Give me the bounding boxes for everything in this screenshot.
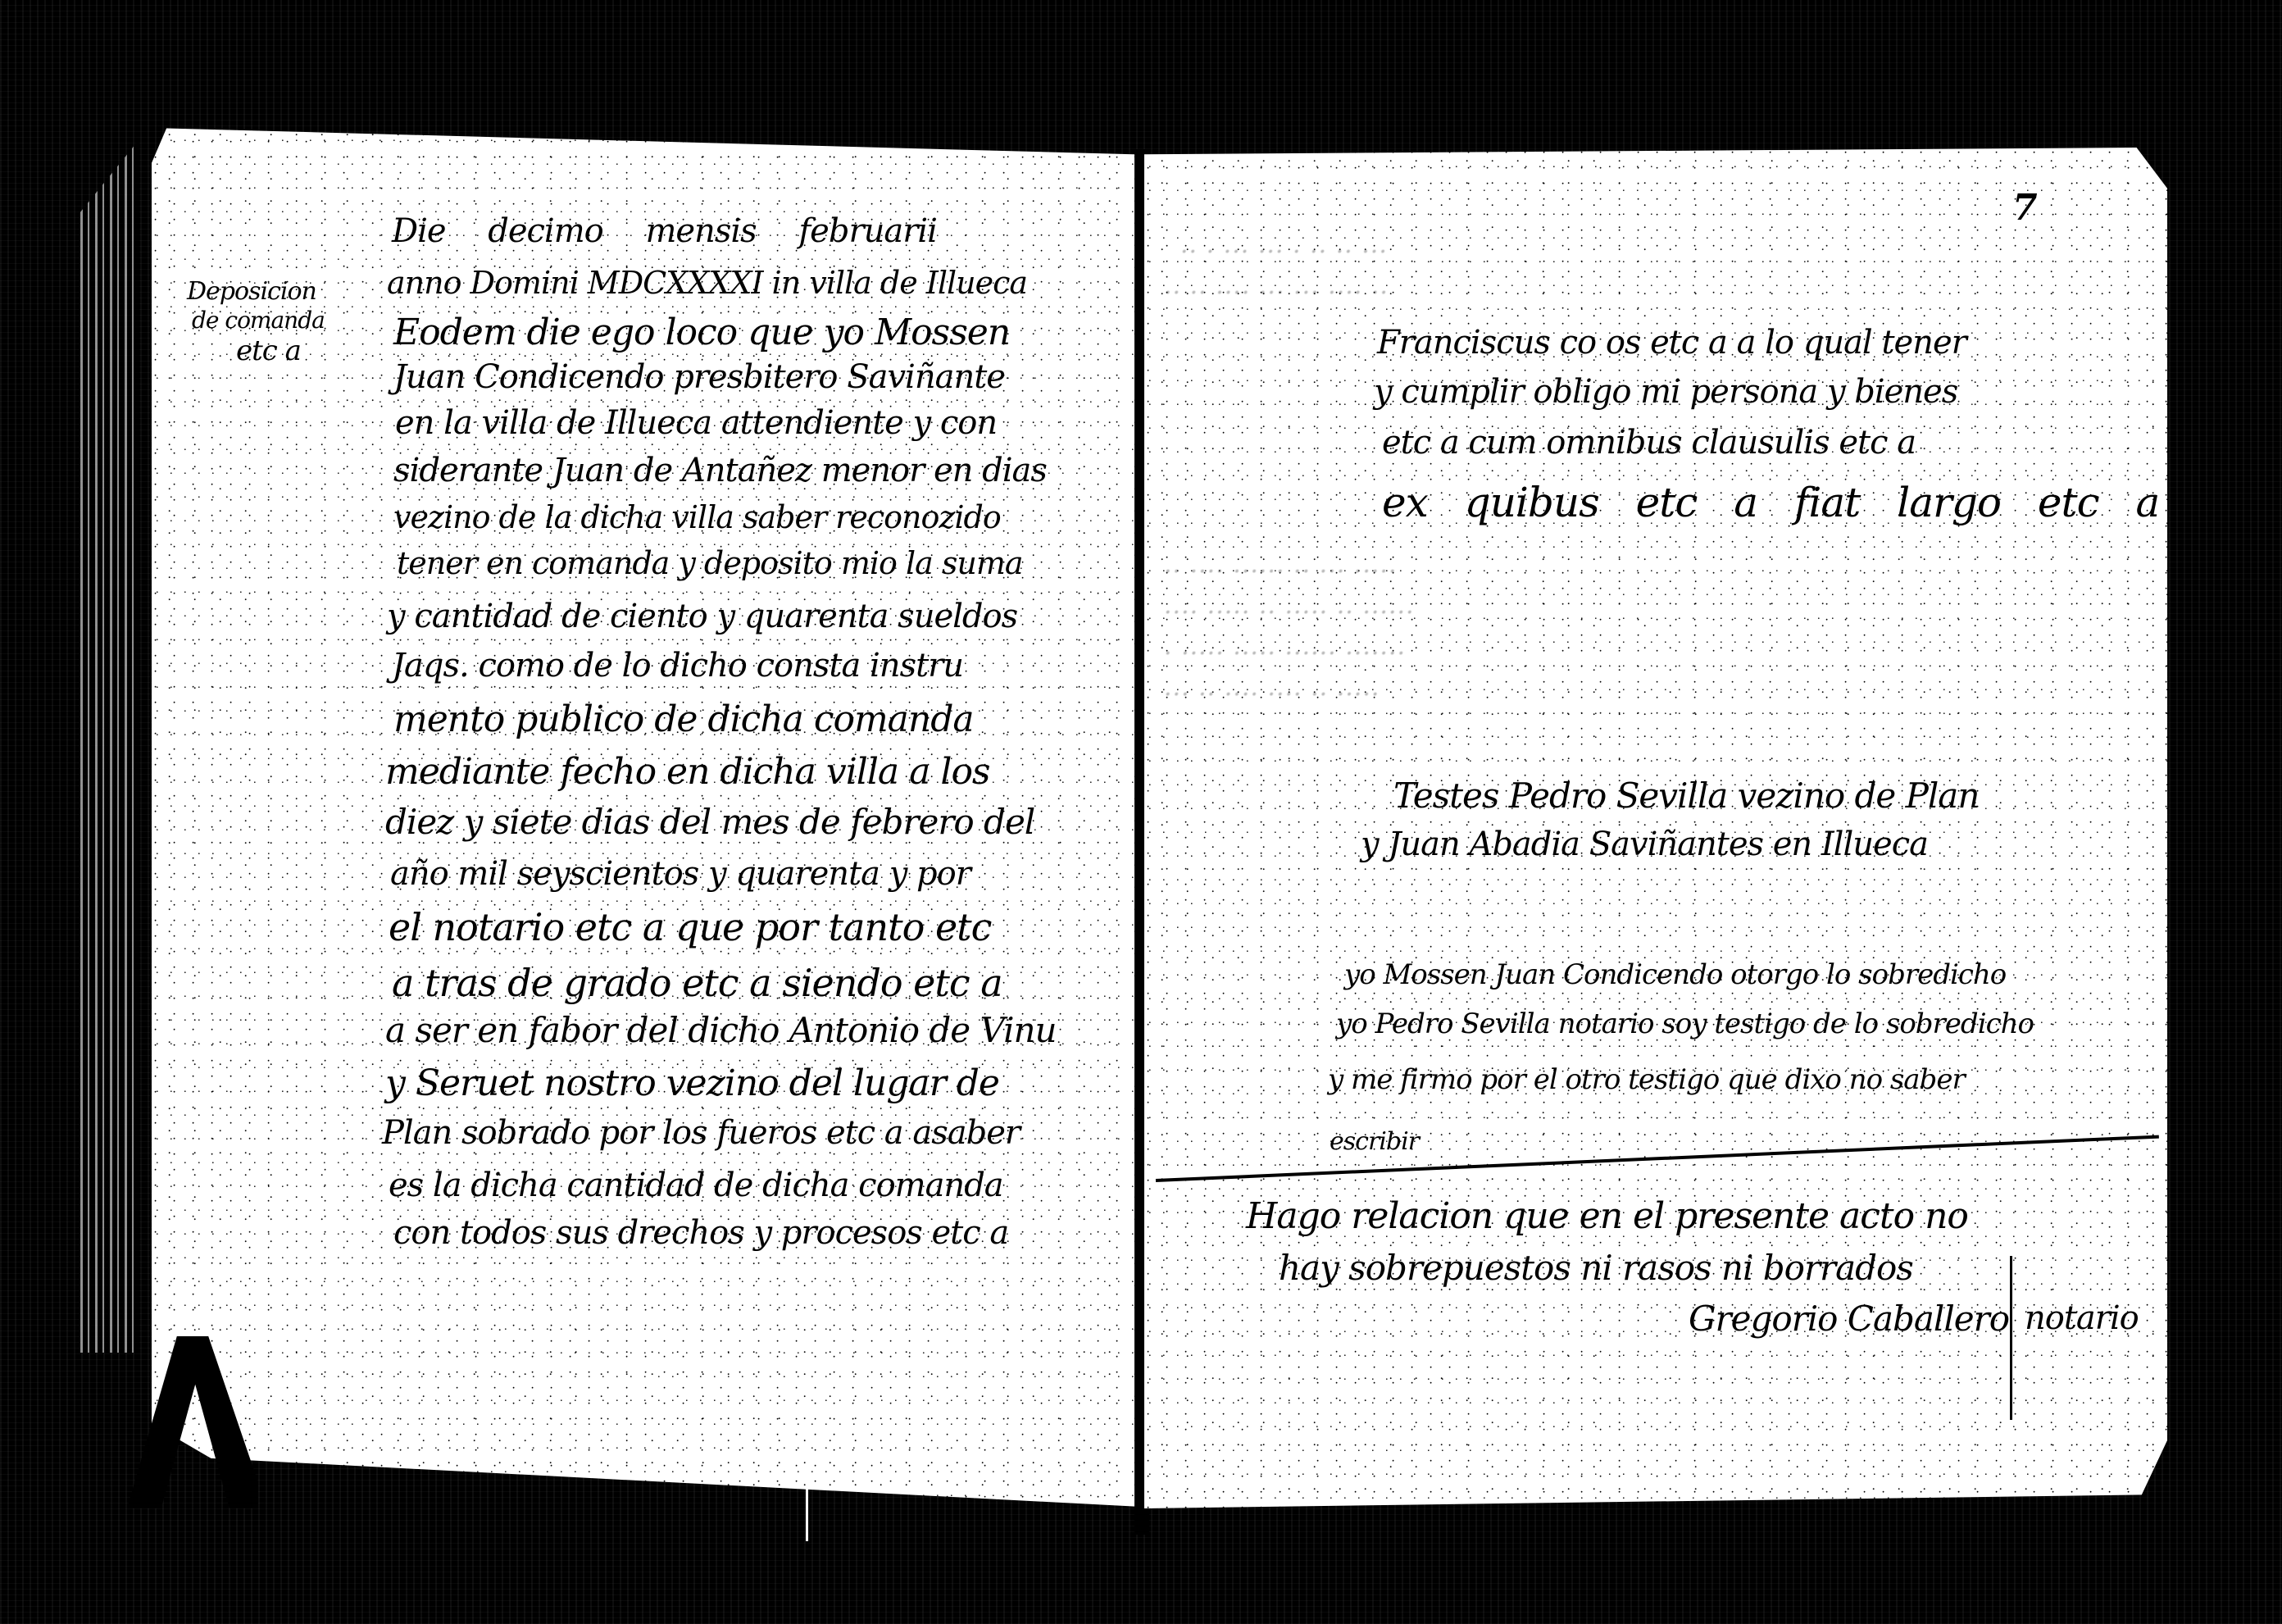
text-line: diez y siete dias del mes de febrero del	[385, 805, 1034, 839]
text-line: el notario etc a que por tanto etc	[389, 908, 991, 946]
attestation-line: yo Pedro Sevilla notario soy testigo de …	[1336, 1010, 2034, 1038]
text-line: siderante Juan de Antañez menor en dias	[393, 454, 1047, 487]
witness-line: Testes Pedro Sevilla vezino de Plan	[1393, 779, 1979, 813]
scan-artifact-line	[806, 1418, 808, 1541]
faint-text-line: ···· ····· ·· ····· ·· ······	[1164, 598, 1415, 627]
signature-name: Gregorio Caballero	[1689, 1302, 2009, 1336]
text-line: y cantidad de ciento y quarenta sueldos	[387, 600, 1017, 633]
faint-text-line: ·· · ··· ··· · ·· ·· ···	[1180, 238, 1388, 266]
note-line: Hago relacion que en el presente acto no	[1246, 1199, 1968, 1235]
text-line: con todos sus drechos y procesos etc a	[393, 1217, 1008, 1249]
margin-note-line: Deposicion	[187, 277, 325, 307]
text-line: Juan Condicendo presbitero Saviñante	[393, 361, 1005, 393]
left-margin-note: Deposicion de comanda etc a	[187, 277, 325, 367]
text-line: tener en comanda y deposito mio la suma	[397, 548, 1023, 579]
attestation-line: yo Mossen Juan Condicendo otorgo lo sobr…	[1344, 961, 2006, 989]
text-line: y cumplir obligo mi persona y bienes	[1374, 375, 1957, 408]
witness-line: y Juan Abadia Saviñantes en Illueca	[1361, 828, 1928, 861]
text-line: a tras de grado etc a siendo etc a	[392, 964, 1002, 1002]
text-line: Franciscus co os etc a a lo qual tener	[1377, 326, 1966, 359]
faint-text-line: ··· ·· ···· ···· ·· ·····	[1164, 680, 1380, 709]
text-line: mento publico de dicha comanda	[393, 702, 974, 738]
attestation-line: escribir	[1330, 1130, 1419, 1154]
text-line: es la dicha cantidad de dicha comanda	[389, 1169, 1003, 1202]
note-line: hay sobrepuestos ni rasos ni borrados	[1279, 1251, 1913, 1285]
text-line: en la villa de Illueca attendiente y con	[395, 407, 997, 439]
faint-text-line: · ····· ····· ······ ·······	[1164, 639, 1406, 668]
faint-text-line: ·· ·· ···· ··· ··· ···· ··	[1164, 279, 1389, 307]
margin-note-line: de comanda	[192, 307, 325, 334]
text-line: Eodem die ego loco que yo Mossen	[393, 315, 1010, 351]
text-line: ex quibus etc a fiat largo etc a	[1382, 482, 2159, 523]
text-line: mediante fecho en dicha villa a los	[385, 754, 990, 790]
cover-edge	[80, 139, 139, 1353]
text-line: Die decimo mensis februarii	[392, 215, 937, 248]
attestation-line: y me firmo por el otro testigo que dixo …	[1328, 1066, 1965, 1094]
text-line: vezino de la dicha villa saber reconozid…	[393, 502, 1001, 533]
text-line: Jaqs. como de lo dicho consta instru	[392, 649, 963, 682]
signature-suffix: notario	[2025, 1302, 2139, 1335]
signature-divider	[2010, 1256, 2012, 1420]
text-line: a ser en fabor del dicho Antonio de Vinu	[385, 1013, 1057, 1048]
text-line: año mil seyscientos y quarenta y por	[390, 857, 971, 890]
text-line: anno Domini MDCXXXXI in villa de Illueca	[387, 267, 1027, 298]
text-line: etc a cum omnibus clausulis etc a	[1382, 426, 1916, 459]
margin-note-line: etc a	[236, 334, 325, 368]
text-line: y Seruet nostro vezino del lugar de	[385, 1066, 999, 1102]
faint-text-line: ·· ···· ······ ·· ··· ·····	[1164, 557, 1397, 586]
text-line: Plan sobrado por los fueros etc a asaber	[382, 1117, 1020, 1149]
page-number: 7	[2012, 187, 2037, 229]
